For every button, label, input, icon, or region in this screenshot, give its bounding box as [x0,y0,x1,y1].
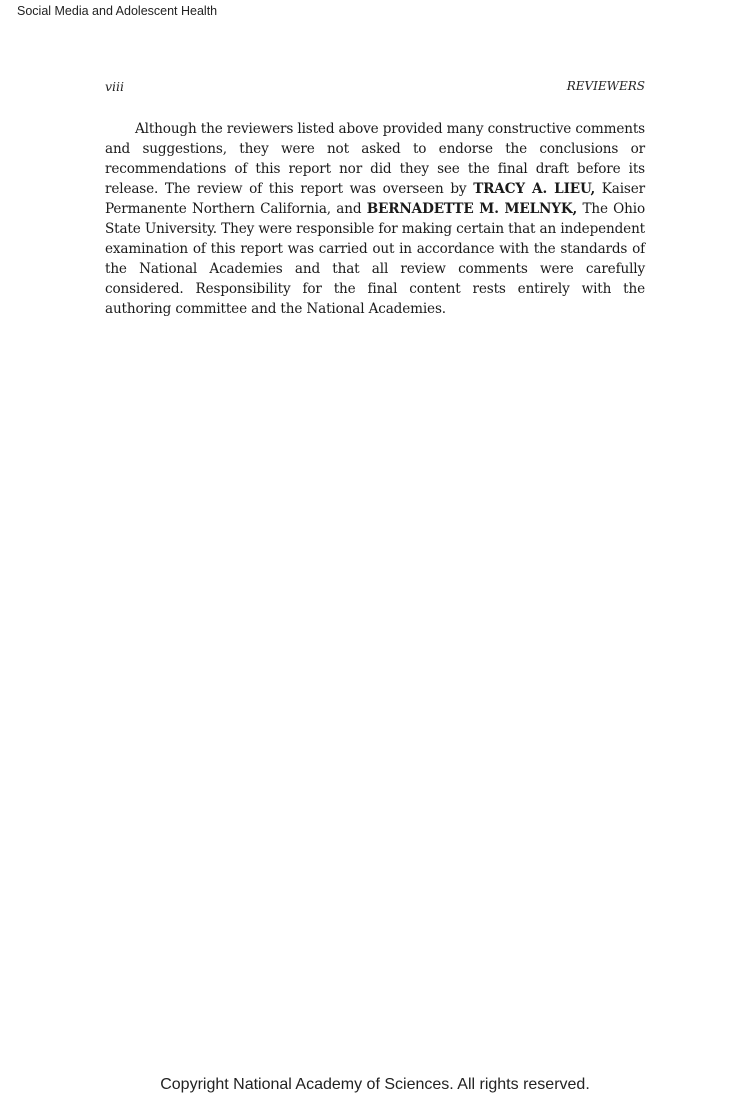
copyright-footer: Copyright National Academy of Sciences. … [0,1076,750,1094]
document-title: Social Media and Adolescent Health [17,4,217,18]
reviewers-paragraph: Although the reviewers listed above prov… [105,119,645,319]
paragraph-text-3: The Ohio State University. They were res… [105,201,645,317]
reviewer-name-2: BERNADETTE M. MELNYK, [367,201,577,217]
section-title: REVIEWERS [567,79,645,93]
body-text: Although the reviewers listed above prov… [105,119,645,319]
page-number: viii [105,79,124,94]
running-head: viii REVIEWERS [105,79,645,99]
reviewer-name-1: TRACY A. LIEU, [473,181,595,197]
